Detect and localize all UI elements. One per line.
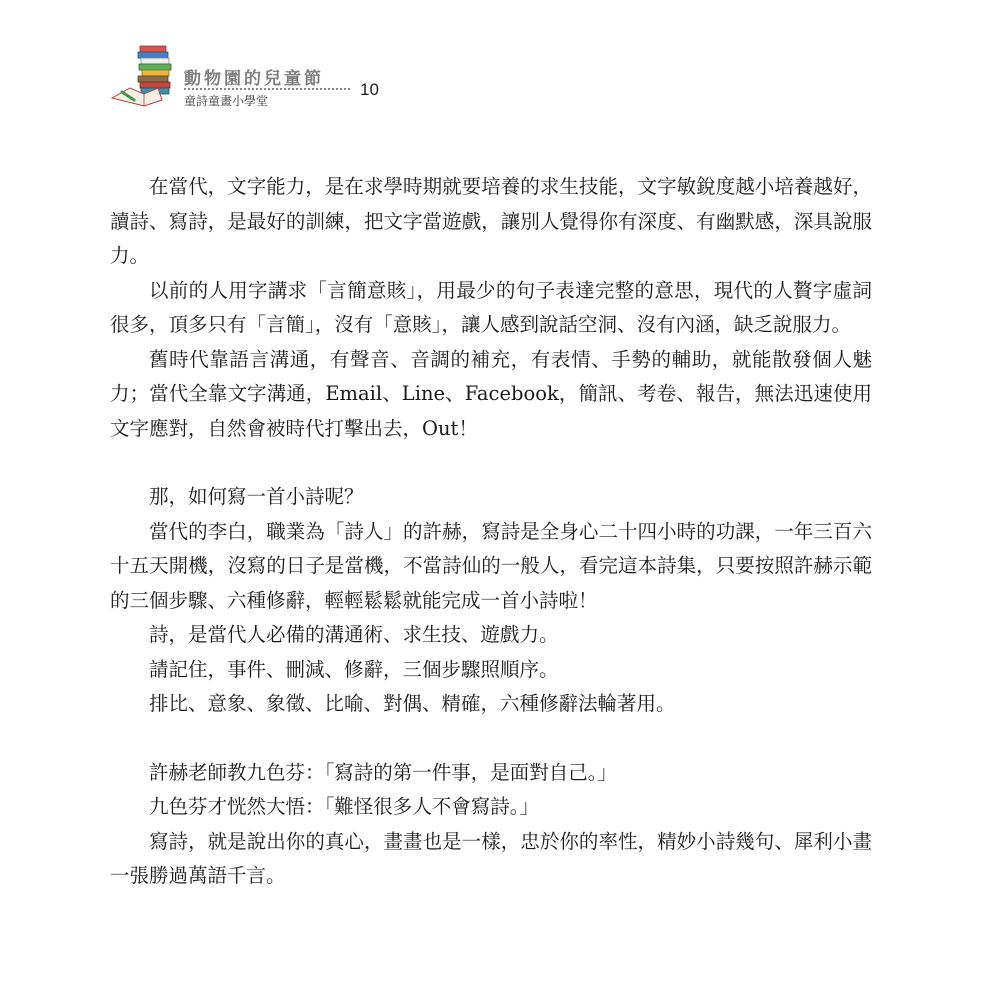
page-header: 動物園的兒童節 童詩童畫小學堂 10	[108, 44, 408, 114]
paragraph: 在當代，文字能力，是在求學時期就要培養的求生技能，文字敏銳度越小培養越好，讀詩、…	[110, 170, 872, 274]
body-text: 在當代，文字能力，是在求學時期就要培養的求生技能，文字敏銳度越小培養越好，讀詩、…	[110, 170, 872, 894]
page-number: 10	[360, 80, 379, 100]
paragraph: 許赫老師教九色芬：「寫詩的第一件事，是面對自己。」	[110, 756, 872, 791]
paragraph: 請記住，事件、刪減、修辭，三個步驟照順序。	[110, 653, 872, 688]
paragraph: 九色芬才恍然大悟：「難怪很多人不會寫詩。」	[110, 790, 872, 825]
series-title: 動物園的兒童節	[184, 64, 324, 89]
section-gap	[110, 446, 872, 480]
paragraph: 那，如何寫一首小詩呢？	[110, 480, 872, 515]
section-gap	[110, 722, 872, 756]
paragraph: 排比、意象、象徵、比喻、對偶、精確，六種修辭法輪著用。	[110, 687, 872, 722]
book-stack-icon	[108, 44, 178, 110]
paragraph: 以前的人用字講求「言簡意賅」，用最少的句子表達完整的意思，現代的人贅字虛詞很多，…	[110, 274, 872, 343]
paragraph: 詩，是當代人必備的溝通術、求生技、遊戲力。	[110, 618, 872, 653]
paragraph: 當代的李白，職業為「詩人」的許赫，寫詩是全身心二十四小時的功課，一年三百六十五天…	[110, 515, 872, 619]
header-divider	[184, 88, 350, 90]
paragraph: 寫詩，就是說出你的真心，畫畫也是一樣，忠於你的率性，精妙小詩幾句、犀利小畫一張勝…	[110, 825, 872, 894]
series-subtitle: 童詩童畫小學堂	[184, 92, 268, 109]
paragraph: 舊時代靠語言溝通，有聲音、音調的補充，有表情、手勢的輔助，就能散發個人魅力；當代…	[110, 343, 872, 447]
